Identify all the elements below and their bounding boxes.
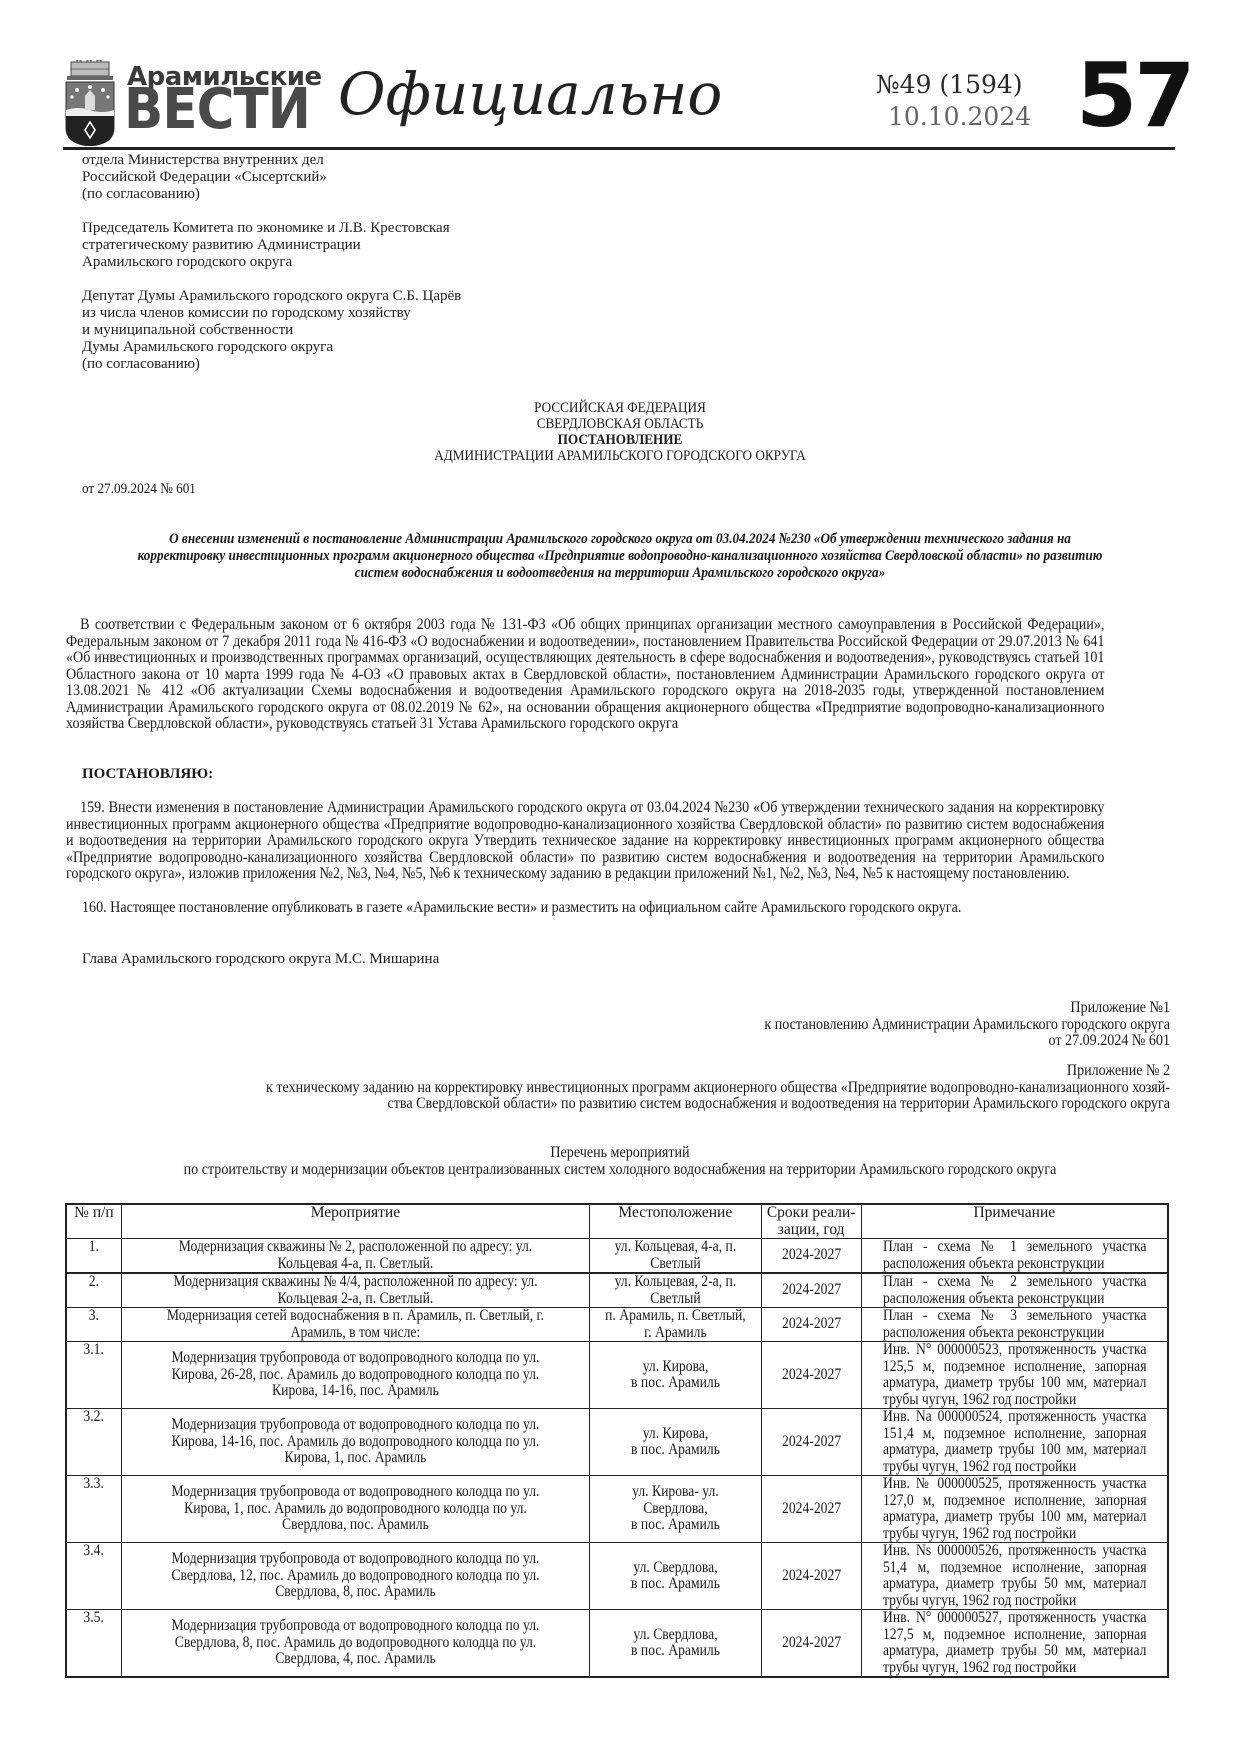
appendix-2-caption: Приложение № 2 к техническому заданию на… xyxy=(193,1063,1170,1113)
note-cell: Инв. N° 000000523, протяженность участка… xyxy=(861,1342,1168,1409)
section-title: Официально xyxy=(338,60,722,130)
resolution-item-160: 160. Настоящее постановление опубликоват… xyxy=(82,900,1103,917)
row-number-cell: 3. xyxy=(66,1308,121,1342)
note-cell: Инв. № 000000525, протяженность участка … xyxy=(861,1476,1168,1543)
region-line: СВЕРДЛОВСКАЯ ОБЛАСТЬ xyxy=(127,416,1113,432)
measures-list-title: Перечень мероприятий по строительству и … xyxy=(127,1145,1113,1178)
table-row: 3.1.Модернизация трубопровода от водопро… xyxy=(66,1342,1168,1409)
column-header-activity: Мероприятие xyxy=(121,1204,589,1239)
row-number-cell: 2. xyxy=(66,1273,121,1308)
activity-cell: Модернизация сетей водоснабжения в п. Ар… xyxy=(121,1308,589,1342)
document-type: ПОСТАНОВЛЕНИЕ xyxy=(127,432,1113,448)
term-cell: 2024-2027 xyxy=(761,1308,861,1342)
location-cell: ул. Кирова- ул. Свердлова, в пос. Арамил… xyxy=(589,1476,761,1543)
activity-cell: Модернизация трубопровода от водопроводн… xyxy=(121,1610,589,1678)
table-row: 2.Модернизация скважины № 4/4, расположе… xyxy=(66,1273,1168,1308)
column-header-number: № п/п xyxy=(66,1204,121,1239)
table-row: 3.5.Модернизация трубопровода от водопро… xyxy=(66,1610,1168,1678)
note-cell: План - схема № 3 земельного участка расп… xyxy=(861,1308,1168,1342)
issuer-line: АДМИНИСТРАЦИИ АРАМИЛЬСКОГО ГОРОДСКОГО ОК… xyxy=(127,448,1113,464)
row-number-cell: 3.2. xyxy=(66,1409,121,1476)
term-cell: 2024-2027 xyxy=(761,1342,861,1409)
country-line: РОССИЙСКАЯ ФЕДЕРАЦИЯ xyxy=(127,400,1113,416)
term-cell: 2024-2027 xyxy=(761,1610,861,1678)
issue-number: №49 (1594) xyxy=(876,70,1023,99)
term-cell: 2024-2027 xyxy=(761,1239,861,1274)
row-number-cell: 3.3. xyxy=(66,1476,121,1543)
column-header-location: Местоположение xyxy=(589,1204,761,1239)
resolve-heading: ПОСТАНОВЛЯЮ: xyxy=(82,766,213,783)
location-cell: п. Арамиль, п. Светлый, г. Арамиль xyxy=(589,1308,761,1342)
preamble-paragraph: В соответствии с Федеральным законом от … xyxy=(66,617,1104,733)
column-header-term: Сроки реали- зации, год xyxy=(761,1204,861,1239)
commission-members: отдела Министерства внутренних дел Росси… xyxy=(82,152,642,390)
table-row: 3.3.Модернизация трубопровода от водопро… xyxy=(66,1476,1168,1543)
row-number-cell: 3.5. xyxy=(66,1610,121,1678)
activity-cell: Модернизация трубопровода от водопроводн… xyxy=(121,1476,589,1543)
note-cell: Инв. N° 000000527, протяженность участка… xyxy=(861,1610,1168,1678)
table-row: 3.4.Модернизация трубопровода от водопро… xyxy=(66,1543,1168,1610)
activity-cell: Модернизация скважины № 2, расположенной… xyxy=(121,1239,589,1274)
masthead-divider xyxy=(63,147,1175,150)
table-body: 1.Модернизация скважины № 2, расположенн… xyxy=(66,1239,1168,1678)
location-cell: ул. Свердлова, в пос. Арамиль xyxy=(589,1610,761,1678)
coat-of-arms-icon xyxy=(63,60,117,146)
term-cell: 2024-2027 xyxy=(761,1409,861,1476)
activity-cell: Модернизация трубопровода от водопроводн… xyxy=(121,1342,589,1409)
table-row: 3.Модернизация сетей водоснабжения в п. … xyxy=(66,1308,1168,1342)
table-row: 1.Модернизация скважины № 2, расположенн… xyxy=(66,1239,1168,1274)
activity-cell: Модернизация трубопровода от водопроводн… xyxy=(121,1543,589,1610)
table-row: 3.2.Модернизация трубопровода от водопро… xyxy=(66,1409,1168,1476)
issue-date: 10.10.2024 xyxy=(888,102,1031,131)
note-cell: План - схема № 1 земельного участка расп… xyxy=(861,1239,1168,1274)
term-cell: 2024-2027 xyxy=(761,1543,861,1610)
resolution-item-159: 159. Внести изменения в постановление Ад… xyxy=(66,800,1104,883)
appendix-1-caption: Приложение №1 к постановлению Администра… xyxy=(580,1000,1170,1050)
note-cell: Инв. Na 000000524, протяженность участка… xyxy=(861,1409,1168,1476)
resolution-header: РОССИЙСКАЯ ФЕДЕРАЦИЯ СВЕРДЛОВСКАЯ ОБЛАСТ… xyxy=(127,400,1113,464)
member-entry: Председатель Комитета по экономике и Л.В… xyxy=(82,220,642,271)
note-cell: Инв. Ns 000000526, протяженность участка… xyxy=(861,1543,1168,1610)
row-number-cell: 1. xyxy=(66,1239,121,1274)
note-cell: План - схема № 2 земельного участка расп… xyxy=(861,1273,1168,1308)
member-entry: Депутат Думы Арамильского городского окр… xyxy=(82,288,642,373)
activity-cell: Модернизация трубопровода от водопроводн… xyxy=(121,1409,589,1476)
column-header-note: Примечание xyxy=(861,1204,1168,1239)
location-cell: ул. Кольцевая, 4-а, п. Светлый xyxy=(589,1239,761,1274)
document-title: О внесении изменений в постановление Адм… xyxy=(136,531,1104,582)
location-cell: ул. Кольцевая, 2-а, п. Светлый xyxy=(589,1273,761,1308)
document-date-number: от 27.09.2024 № 601 xyxy=(82,481,196,498)
page-number: 57 xyxy=(1076,52,1192,140)
activity-cell: Модернизация скважины № 4/4, расположенн… xyxy=(121,1273,589,1308)
location-cell: ул. Свердлова, в пос. Арамиль xyxy=(589,1543,761,1610)
location-cell: ул. Кирова, в пос. Арамиль xyxy=(589,1342,761,1409)
measures-table: № п/п Мероприятие Местоположение Сроки р… xyxy=(65,1203,1169,1678)
signature-line: Глава Арамильского городского округа М.С… xyxy=(82,951,439,968)
logo-wordmark-bottom: ВЕСТИ xyxy=(124,82,310,138)
masthead: Арамильские ВЕСТИ Официально №49 (1594) … xyxy=(0,0,1241,155)
location-cell: ул. Кирова, в пос. Арамиль xyxy=(589,1409,761,1476)
term-cell: 2024-2027 xyxy=(761,1476,861,1543)
row-number-cell: 3.1. xyxy=(66,1342,121,1409)
table-header-row: № п/п Мероприятие Местоположение Сроки р… xyxy=(66,1204,1168,1239)
row-number-cell: 3.4. xyxy=(66,1543,121,1610)
term-cell: 2024-2027 xyxy=(761,1273,861,1308)
member-entry: отдела Министерства внутренних дел Росси… xyxy=(82,152,642,203)
